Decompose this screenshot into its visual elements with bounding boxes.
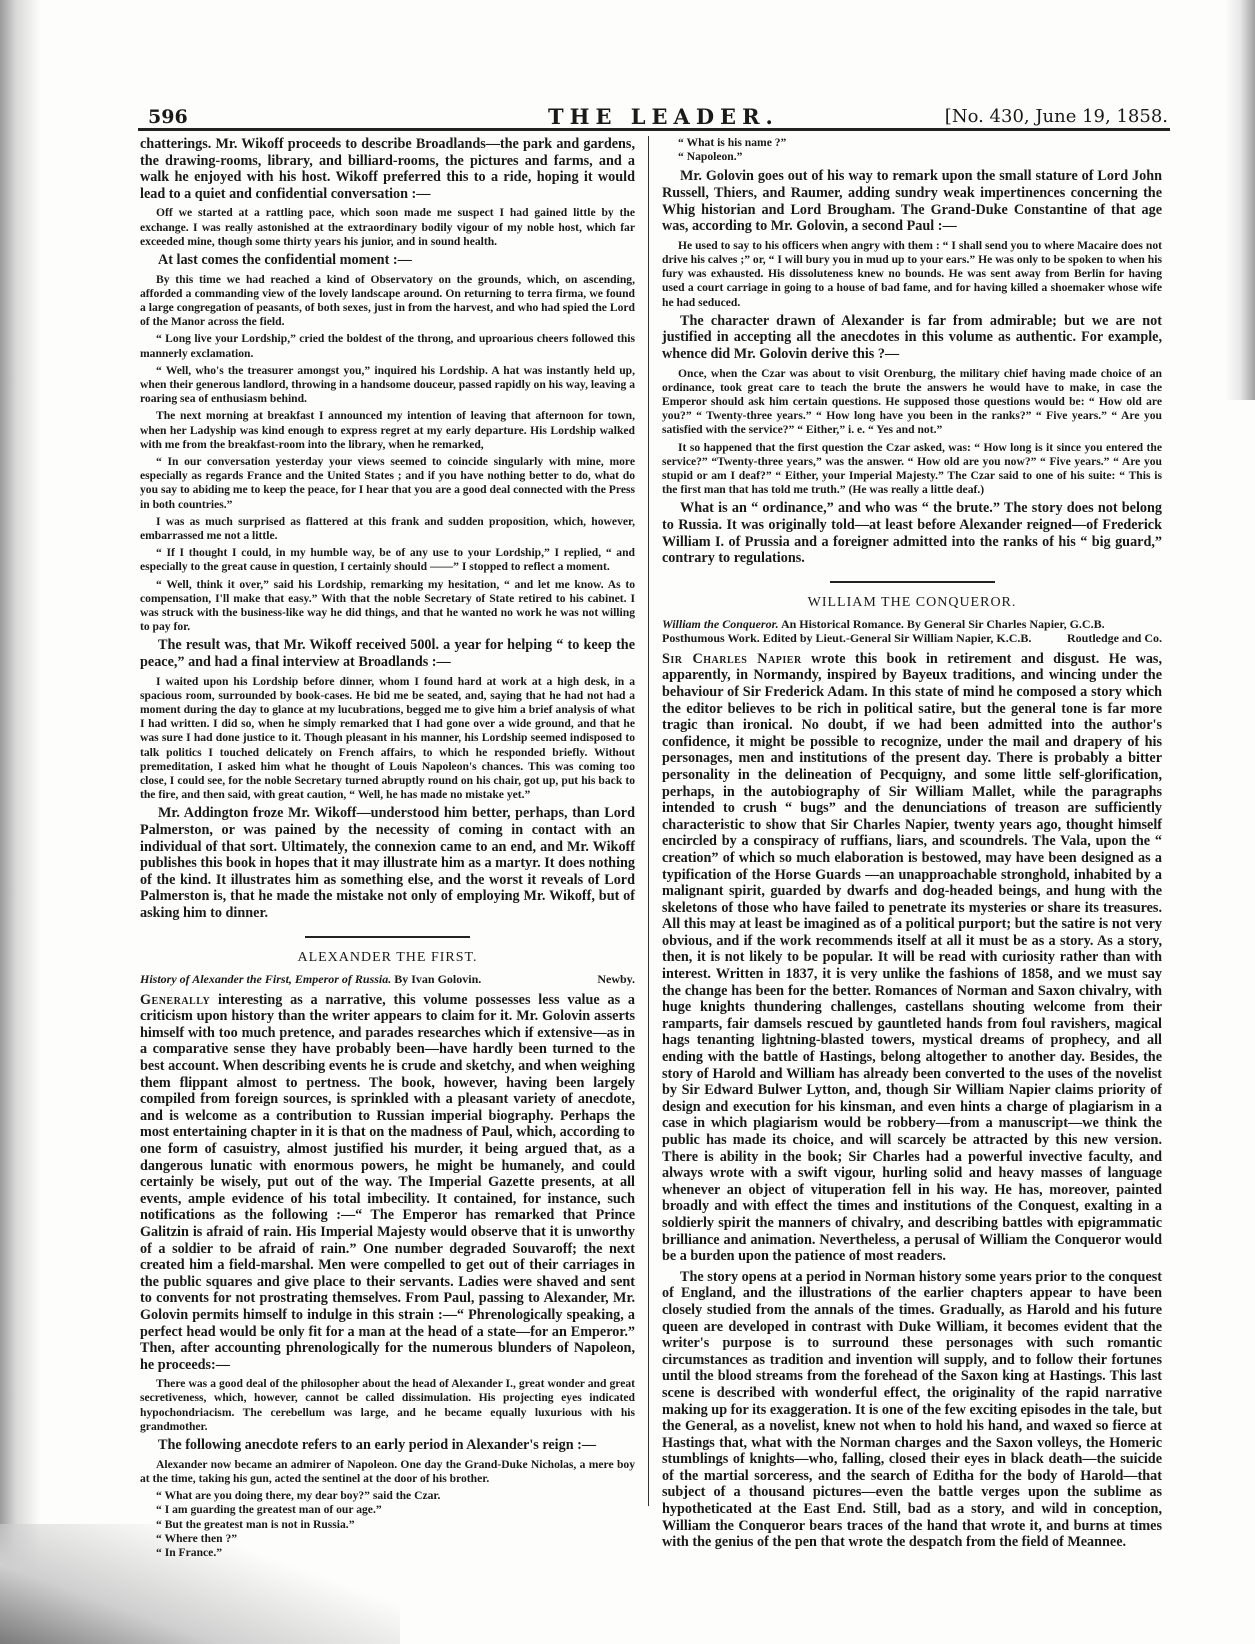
excerpt-paragraph: “ Well, who's the treasurer amongst you,… [140, 364, 635, 407]
book-citation: William the Conqueror. An Historical Rom… [662, 617, 1162, 645]
intro-paragraph: chatterings. Mr. Wikoff proceeds to desc… [140, 136, 635, 202]
page-number: 596 [148, 106, 188, 128]
excerpt-paragraph: The next morning at breakfast I announce… [140, 409, 635, 452]
book-title: William the Conqueror. [662, 617, 779, 631]
book-publisher: Routledge and Co. [1067, 631, 1162, 645]
excerpt-paragraph: “ In our conversation yesterday your vie… [140, 455, 635, 512]
review-text: wrote this book in retirement and disgus… [662, 651, 1162, 1264]
left-column: chatterings. Mr. Wikoff proceeds to desc… [140, 136, 635, 1560]
right-column: “ What is his name ?” “ Napoleon.” Mr. G… [662, 136, 1162, 1555]
book-publisher: Newby. [597, 972, 635, 986]
review-paragraph-2: The story opens at a period in Norman hi… [662, 1269, 1162, 1551]
dialogue-line: “ What is his name ?” [662, 136, 1162, 150]
masthead-rule [138, 128, 1170, 131]
excerpt-paragraph: “ Long live your Lordship,” cried the bo… [140, 332, 635, 360]
issue-date: [No. 430, June 19, 1858. [945, 106, 1168, 127]
result-paragraph: The result was, that Mr. Wikoff received… [140, 637, 635, 670]
newspaper-title: THE LEADER. [548, 104, 779, 129]
anecdote-intro: The following anecdote refers to an earl… [140, 1437, 635, 1454]
dialogue: “ What are you doing there, my dear boy?… [140, 1489, 635, 1560]
dialogue-line: “ But the greatest man is not in Russia.… [140, 1518, 635, 1532]
golovin-paragraph: Mr. Golovin goes out of his way to remar… [662, 168, 1162, 234]
excerpt-orenburg-continued: It so happened that the first question t… [662, 441, 1162, 498]
excerpt-paragraph: By this time we had reached a kind of Ob… [140, 273, 635, 330]
excerpt-paragraph: “ If I thought I could, in my humble way… [140, 546, 635, 574]
review-text: interesting as a narrative, this volume … [140, 992, 635, 1373]
dialogue-line: “ What are you doing there, my dear boy?… [140, 1489, 635, 1503]
section-separator [305, 936, 470, 938]
excerpt-phrenology: There was a good deal of the philosopher… [140, 1377, 635, 1434]
ordinance-paragraph: What is an “ ordinance,” and who was “ t… [662, 500, 1162, 566]
dialogue-line: “ Napoleon.” [662, 150, 1162, 164]
lead-word: Generally [140, 992, 210, 1008]
column-divider [648, 136, 649, 1506]
scan-shadow-left [0, 0, 40, 1644]
book-title: History of Alexander the First, Emperor … [140, 972, 391, 986]
excerpt-anecdote: Alexander now became an admirer of Napol… [140, 1458, 635, 1486]
scan-shadow-right [1225, 0, 1255, 400]
excerpt-orenburg: Once, when the Czar was about to visit O… [662, 367, 1162, 438]
review-paragraph: Generally interesting as a narrative, th… [140, 992, 635, 1374]
excerpt-constantine: He used to say to his officers when angr… [662, 239, 1162, 310]
review-paragraph: Sir Charles Napier wrote this book in re… [662, 651, 1162, 1265]
dialogue-line: “ Where then ?” [140, 1532, 635, 1546]
character-paragraph: The character drawn of Alexander is far … [662, 313, 1162, 363]
lead-words: Sir Charles Napier [662, 651, 802, 667]
dialogue-line: “ I am guarding the greatest man of our … [140, 1503, 635, 1517]
section-heading-william: WILLIAM THE CONQUEROR. [662, 595, 1162, 611]
addington-paragraph: Mr. Addington froze Mr. Wikoff—understoo… [140, 805, 635, 921]
section-heading-alexander: ALEXANDER THE FIRST. [140, 950, 635, 966]
dialogue-line: “ In France.” [140, 1546, 635, 1560]
excerpt-observatory: By this time we had reached a kind of Ob… [140, 273, 635, 635]
book-citation: History of Alexander the First, Emperor … [140, 972, 635, 986]
excerpt-paragraph: “ Well, think it over,” said his Lordshi… [140, 578, 635, 635]
excerpt-paragraph: I was as much surprised as flattered at … [140, 515, 635, 543]
confidential-moment: At last comes the confidential moment :— [140, 252, 635, 269]
masthead: 596 THE LEADER. [No. 430, June 19, 1858. [138, 100, 1168, 128]
section-separator [830, 581, 995, 583]
excerpt-ride: Off we started at a rattling pace, which… [140, 206, 635, 249]
book-author: By Ivan Golovin. [394, 972, 481, 986]
excerpt-final-interview: I waited upon his Lordship before dinner… [140, 675, 635, 803]
